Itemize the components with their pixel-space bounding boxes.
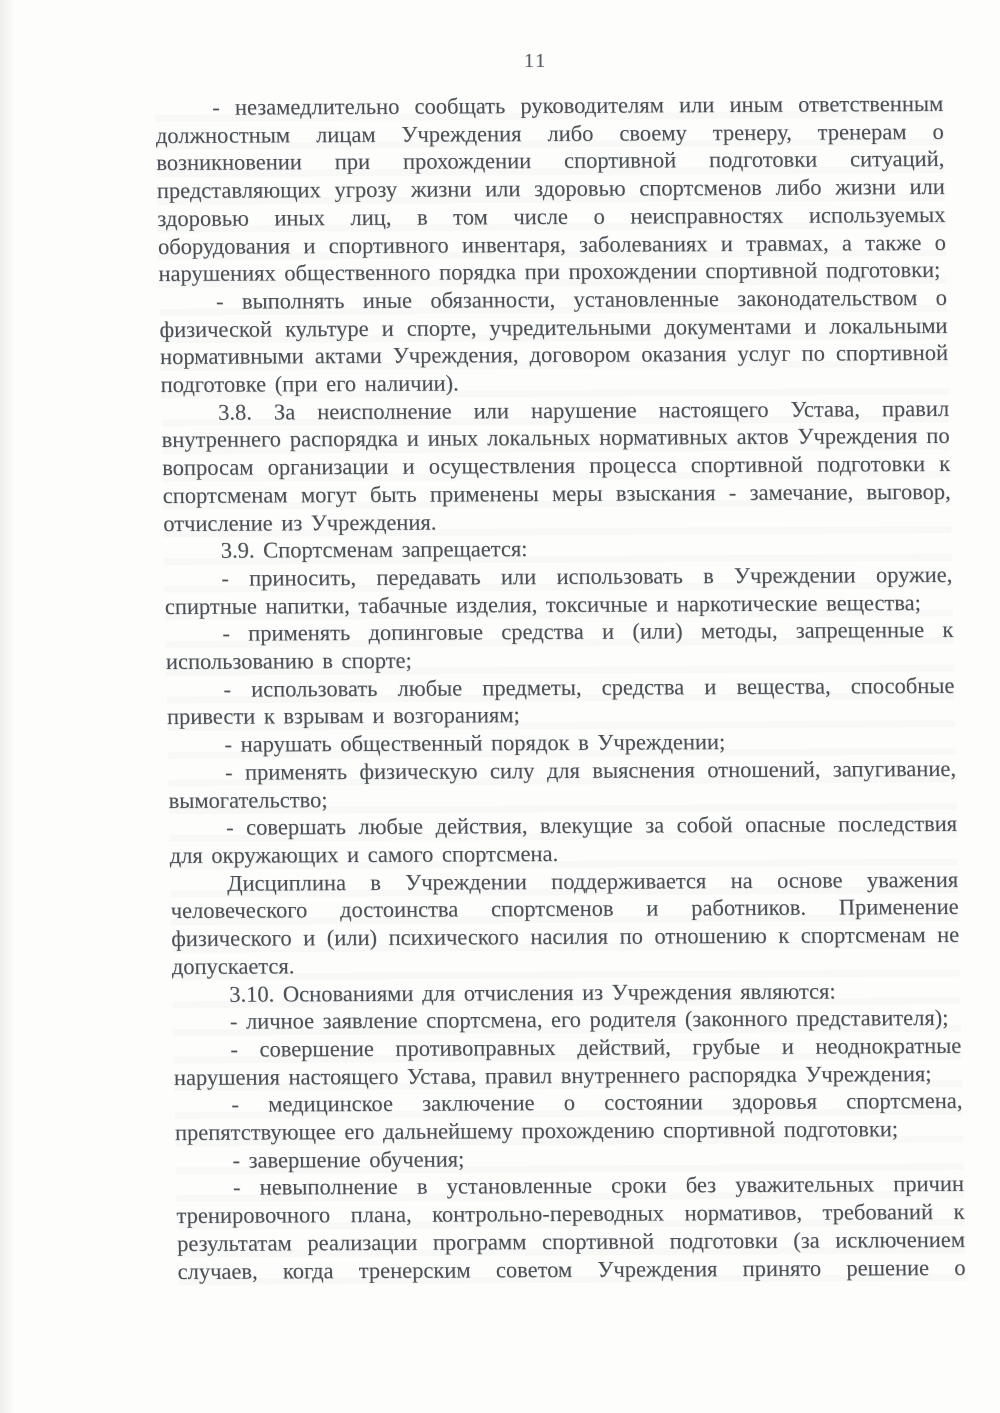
page-number: 11 [524,50,547,73]
document-paragraph: 3.9. Спортсменам запрещается: [164,533,952,565]
document-paragraph: Дисциплина в Учреждении поддерживается н… [170,866,960,981]
document-paragraph: - нарушать общественный порядок в Учрежд… [167,727,955,759]
scan-edge-shade [0,0,14,1413]
document-paragraph: - совершать любые действия, влекущие за … [169,810,958,870]
document-paragraph: - применять допинговые средства и (или) … [165,616,954,676]
scanned-document-page: 11 - незамедлительно сообщать руководите… [0,0,1000,1413]
document-paragraph: - применять физическую силу для выяснени… [168,755,957,815]
document-paragraph: - личное заявление спортсмена, его родит… [173,1004,961,1036]
document-paragraph: - незамедлительно сообщать руководителям… [155,90,947,288]
document-paragraph: - выполнять иные обязанности, установлен… [159,284,949,399]
document-paragraph: - медицинское заключение о состоянии здо… [174,1087,963,1147]
document-paragraph: - совершение противоправных действий, гр… [173,1032,962,1092]
document-paragraph: 3.8. За неисполнение или нарушение насто… [161,395,952,538]
document-paragraph: 3.10. Основаниями для отчисления из Учре… [172,976,960,1008]
document-paragraph: - невыполнение в установленные сроки без… [176,1170,966,1285]
document-body: - незамедлительно сообщать руководителям… [155,90,966,1285]
document-paragraph: - приносить, передавать или использовать… [164,561,953,621]
document-paragraph: - завершение обучения; [175,1143,963,1175]
document-paragraph: - использовать любые предметы, средства … [166,672,955,732]
